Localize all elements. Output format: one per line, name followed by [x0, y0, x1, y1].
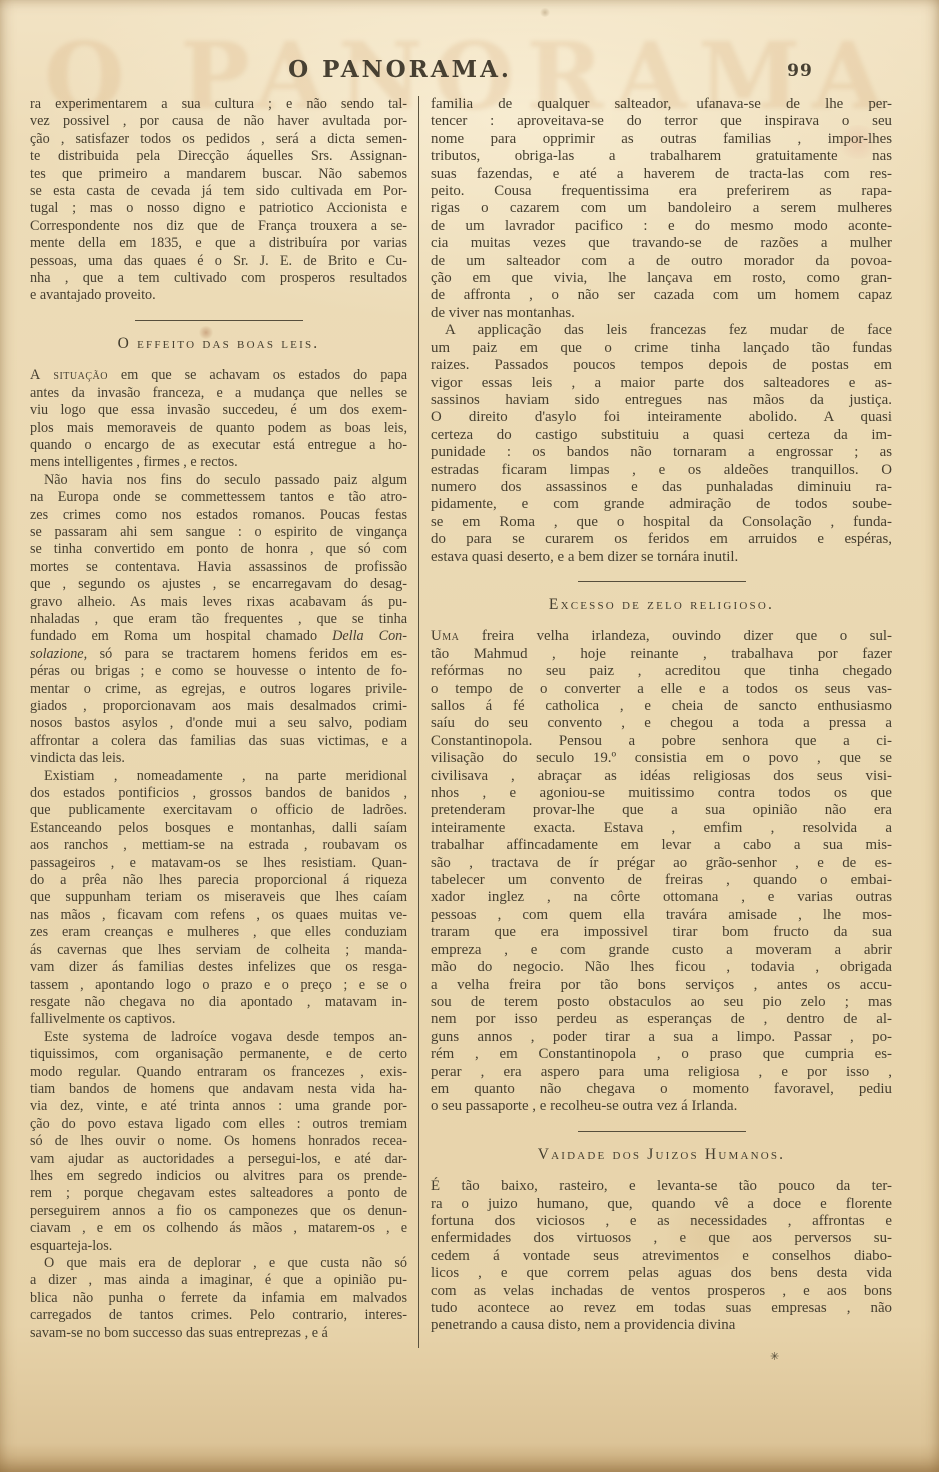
text-line: um paiz em que o crime tinha lançado tão…: [431, 340, 892, 357]
text-line: sou de terem posto obstaculos ao seu pio…: [431, 994, 892, 1011]
text-line: tes que primeiro a mandarem buscar. Não …: [30, 166, 407, 183]
text-line: ás cavernas que lhes serviam de colheita…: [30, 942, 407, 959]
text-line: savam-se no bom successo das suas entrep…: [30, 1325, 407, 1342]
text-line: quando o encargo de as executar está ent…: [30, 437, 407, 454]
paragraph: É tão baixo, rasteiro, e levanta-se tão …: [431, 1178, 892, 1335]
text-line: rem ; porque chegavam estes salteadores …: [30, 1185, 407, 1202]
text-line: Constantinopola. Pensou a pobre senhora …: [431, 733, 892, 750]
paragraph: ra experimentarem a sua cultura ; e não …: [30, 96, 407, 305]
text-line: se esta casta de cevada já tem sido cult…: [30, 183, 407, 200]
text-line: lhes em segredo indicios ou alvitres par…: [30, 1168, 407, 1185]
text-line: xador inglez , na côrte ottomana , e var…: [431, 889, 892, 906]
section-heading: O effeito das boas leis.: [30, 335, 407, 352]
text-line: cia muitas vezes que travando-se de razõ…: [431, 235, 892, 252]
text-line: Este systema de ladroíce vogava desde te…: [30, 1029, 407, 1046]
text-line: em quanto não chegava o momento favorave…: [431, 1081, 892, 1098]
text-line: pessoas , com quem ella travára amisade …: [431, 907, 892, 924]
text-line: solazione, só para se tractarem homens f…: [30, 646, 407, 663]
text-line: fallivelmente os captivos.: [30, 1011, 407, 1028]
text-line: do para se curarem os feridos em arruido…: [431, 531, 892, 548]
text-line: perar , era aspero para uma religiosa , …: [431, 1064, 892, 1081]
text-line: mentar o crime, as egrejas, e outros log…: [30, 681, 407, 698]
text-line: Existiam , nomeadamente , na parte merid…: [30, 768, 407, 785]
text-line: tiquissimos, com organisação permanente,…: [30, 1046, 407, 1063]
text-line: aos ranchos , mettiam-se na estrada , ro…: [30, 837, 407, 854]
text-line: vam ajudar as auctoridades a persegui-lo…: [30, 1151, 407, 1168]
text-line: familia de qualquer salteador, ufanava-s…: [431, 96, 892, 113]
text-line: estradas ficaram limpas , e os aldeões t…: [431, 462, 892, 479]
text-line: do a prêa não lhes parecia proporcional …: [30, 872, 407, 889]
text-line: na Europa onde se commettessem tantos e …: [30, 489, 407, 506]
text-line: O direito d'asylo foi inteiramente aboli…: [431, 409, 892, 426]
text-line: plos mais memoraveis de quanto podem as …: [30, 420, 407, 437]
text-line: ra experimentarem a sua cultura ; e não …: [30, 96, 407, 113]
text-line: via dez, vinte, e até trinta annos : uma…: [30, 1098, 407, 1115]
section-divider-rule: [135, 320, 303, 321]
text-line: que suppunham teriam os miseraveis que l…: [30, 889, 407, 906]
text-line: se passaram ahi sem sangue : o espirito …: [30, 524, 407, 541]
text-line: mente della em 1835, e que a distribuíra…: [30, 235, 407, 252]
text-line: a dizer , mas ainda a imaginar, é que a …: [30, 1272, 407, 1289]
text-line: estava quasi deserto, e a bem dizer se t…: [431, 549, 892, 566]
text-line: viu logo que essa invasão succedeu, é um…: [30, 402, 407, 419]
text-line: trabalhar affincadamente em levar a cabo…: [431, 837, 892, 854]
text-line: de viver nas montanhas.: [431, 305, 892, 322]
text-line: vindicta das leis.: [30, 750, 407, 767]
text-line: rém , em Constantinopola , o praso que c…: [431, 1046, 892, 1063]
text-line: se tinha convertido em ponto de honra , …: [30, 541, 407, 558]
text-line: A situação em que se achavam os estados …: [30, 367, 407, 384]
text-line: fundado em Roma um hospital chamado Dell…: [30, 628, 407, 645]
text-line: vilisação do seculo 19.º consistia em o …: [431, 750, 892, 767]
text-line: nhos , e agoniou-se muitissimo contra to…: [431, 785, 892, 802]
text-line: A applicação das leis francezas fez muda…: [431, 322, 892, 339]
text-line: peito. Cousa frequentissima era preferir…: [431, 183, 892, 200]
text-line: de um lavrador pacifico : e do mesmo mod…: [431, 218, 892, 235]
text-line: tassem , apontando logo o prazo e o preç…: [30, 977, 407, 994]
text-line: civilisava , abraçar as idéas religiosas…: [431, 768, 892, 785]
text-line: esquarteja-los.: [30, 1238, 407, 1255]
text-line: tugal ; mas o nosso digno e patriotico A…: [30, 200, 407, 217]
text-line: numero dos assassinos e das punhaladas d…: [431, 479, 892, 496]
text-line: ciavam , e em os colhendo ás mãos , mata…: [30, 1220, 407, 1237]
text-line: pidamente, e com grande admiração de tod…: [431, 496, 892, 513]
text-line: raizes. Passados poucos tempos depois de…: [431, 357, 892, 374]
page-number: 99: [776, 61, 824, 81]
text-line: tão Mahmud , hoje reinante , trabalhava …: [431, 646, 892, 663]
text-line: mão do negocio. Não lhes ficou , todavia…: [431, 959, 892, 976]
text-line: empreza , e com grande custo a moveram a…: [431, 942, 892, 959]
paragraph: O que mais era de deplorar , e que custa…: [30, 1255, 407, 1342]
text-line: guns annos , poder tirar a sua a limpo. …: [431, 1029, 892, 1046]
text-line: perseguirem annos a fio os camponezes qu…: [30, 1203, 407, 1220]
text-line: Correspondente nos diz que de França tro…: [30, 218, 407, 235]
scanned-newspaper-page: O PANORAMA O PANORAMA. 99 ra experimenta…: [0, 0, 939, 1472]
text-line: fortuna dos viciosos , e as necessidades…: [431, 1213, 892, 1230]
paper-stain: [540, 8, 550, 17]
text-line: É tão baixo, rasteiro, e levanta-se tão …: [431, 1178, 892, 1195]
text-line: carregados de tantos crimes. Pelo contra…: [30, 1307, 407, 1324]
section-divider-rule: [578, 1131, 746, 1132]
text-line: rigas o cazarem com um bandoleiro a sere…: [431, 200, 892, 217]
text-line: nosos bastos asylos , d'onde mui a seu s…: [30, 715, 407, 732]
text-line: zes eram creanças e mulheres , que elles…: [30, 924, 407, 941]
text-line: sassinos haviam sido entregues nas mãos …: [431, 392, 892, 409]
text-line: ção , satisfazer todos os pedidos , será…: [30, 131, 407, 148]
text-line: te distribuida pela Direcção áquelles Sr…: [30, 148, 407, 165]
paragraph: A applicação das leis francezas fez muda…: [431, 322, 892, 566]
text-line: de um salteador com a de outro morador d…: [431, 253, 892, 270]
text-line: saíu do seu convento , e chegou a toda a…: [431, 715, 892, 732]
text-line: affrontar a colera das familias das suas…: [30, 733, 407, 750]
text-line: passageiros , e matavam-os se lhes resis…: [30, 855, 407, 872]
masthead-title: O PANORAMA.: [30, 56, 770, 83]
text-line: sallos á fé catholica , e cheia de sanct…: [431, 698, 892, 715]
text-line: vez possivel , por causa de não haver av…: [30, 113, 407, 130]
text-line: péras ou brigas ; e como se houvesse o i…: [30, 663, 407, 680]
text-line: que , segundo os ajustes , se encarregav…: [30, 576, 407, 593]
text-line: pretenderam provar-lhe que a sua opinião…: [431, 802, 892, 819]
section-divider-rule: [578, 581, 746, 582]
text-line: pessoas, uma das quaes é o Sr. J. E. de …: [30, 253, 407, 270]
text-line: blica não punha o ferrete da infamia em …: [30, 1290, 407, 1307]
text-line: ção do povo estava ligado com elles : ou…: [30, 1116, 407, 1133]
text-line: tudo acontece ao revez em todas suas emp…: [431, 1300, 892, 1317]
paragraph: Uma freira velha irlandeza, ouvindo dize…: [431, 628, 892, 1115]
text-line: zes crimes como nos estados romanos. Pou…: [30, 507, 407, 524]
text-line: gravo alheio. As mais leves rixas acabav…: [30, 594, 407, 611]
text-line: enfermidades dos virtuosos , e que aos p…: [431, 1230, 892, 1247]
text-line: modo regular. Quando entraram os francez…: [30, 1064, 407, 1081]
paragraph: A situação em que se achavam os estados …: [30, 367, 407, 471]
column-divider-rule: [418, 96, 419, 1348]
text-line: o seu passaporte , e recolheu-se outra v…: [431, 1098, 892, 1115]
text-line: mens intelligentes , firmes , e rectos.: [30, 454, 407, 471]
text-line: cedem á vontade seus atrevimentos e cons…: [431, 1248, 892, 1265]
text-line: Estanceando pelos bosques e montanhas, d…: [30, 820, 407, 837]
text-line: antes da invasão franceza, e a mudança q…: [30, 385, 407, 402]
paragraph: familia de qualquer salteador, ufanava-s…: [431, 96, 892, 322]
text-line: Não havia nos fins do seculo passado pai…: [30, 472, 407, 489]
text-line: a velha freira por tão bons serviços , a…: [431, 977, 892, 994]
text-line: tributos, obriga-las a trabalharem gratu…: [431, 148, 892, 165]
text-line: mortes se contentava. Havia assassinos d…: [30, 559, 407, 576]
text-line: com as velas inchadas de ventos prospero…: [431, 1283, 892, 1300]
text-line: O que mais era de deplorar , e que custa…: [30, 1255, 407, 1272]
text-column-left: ra experimentarem a sua cultura ; e não …: [30, 96, 407, 1342]
section-heading: Excesso de zelo religioso.: [431, 596, 892, 613]
text-line: inteiramente exacta. Estava , emfim , re…: [431, 820, 892, 837]
text-line: são , tractava de ír prégar ao grão-senh…: [431, 855, 892, 872]
text-line: refórmas no seu paiz , acreditou que tin…: [431, 663, 892, 680]
text-line: ção em que vivia, lhe lançava em rosto, …: [431, 270, 892, 287]
text-line: só de lhes ouvir o nome. Os homens honra…: [30, 1133, 407, 1150]
text-line: licos , e que correm pelas aguas dos ben…: [431, 1265, 892, 1282]
paragraph: Este systema de ladroíce vogava desde te…: [30, 1029, 407, 1255]
text-line: nhaladas , que eram tão frequentes , que…: [30, 611, 407, 628]
text-line: suas fazendas, e até a haverem de tracta…: [431, 166, 892, 183]
text-line: giados , proporcionavam aos mais desalma…: [30, 698, 407, 715]
text-line: vigor essas leis , a maior parte dos sal…: [431, 375, 892, 392]
text-line: que publicamente exercitavam o officio d…: [30, 802, 407, 819]
paragraph: Existiam , nomeadamente , na parte merid…: [30, 768, 407, 1029]
text-line: nha , que a tem cultivado com prosperos …: [30, 270, 407, 287]
text-line: punidade : os bandos não tornaram a engr…: [431, 444, 892, 461]
text-line: tiam bandos de homens que andavam nesta …: [30, 1081, 407, 1098]
text-line: tencer : aproveitava-se do terror que in…: [431, 113, 892, 130]
section-heading: Vaidade dos Juizos Humanos.: [431, 1146, 892, 1163]
text-line: se em Roma , que o hospital da Consolaçã…: [431, 514, 892, 531]
text-line: tabelecer um convento de freiras , quand…: [431, 872, 892, 889]
text-line: certeza do castigo substituiu a quasi ce…: [431, 427, 892, 444]
text-line: traram que era impossivel tirar bom fruc…: [431, 924, 892, 941]
text-line: penetrando a causa disto, nem a providen…: [431, 1317, 892, 1334]
text-line: o tempo de o converter a elle e a todos …: [431, 681, 892, 698]
text-line: nem por isso perdeu as esperanças de , d…: [431, 1011, 892, 1028]
text-line: de affronta , o não ser cazada com um ho…: [431, 287, 892, 304]
paragraph: Não havia nos fins do seculo passado pai…: [30, 472, 407, 768]
text-line: vam dizer ás familias destes infelizes q…: [30, 959, 407, 976]
text-line: ra o juizo humano, que, quando vê a doce…: [431, 1196, 892, 1213]
text-line: Uma freira velha irlandeza, ouvindo dize…: [431, 628, 892, 645]
text-line: dos estados pontificios , grossos bandos…: [30, 785, 407, 802]
text-line: resgate não chegava no dia apontado , ma…: [30, 994, 407, 1011]
text-line: nome para opprimir as outras familias , …: [431, 131, 892, 148]
text-column-right: familia de qualquer salteador, ufanava-s…: [431, 96, 892, 1335]
text-line: e avantajado proveito.: [30, 287, 407, 304]
printer-signature-mark: ✳: [770, 1350, 779, 1363]
text-line: nas mãos , ficavam com refens , os quaes…: [30, 907, 407, 924]
